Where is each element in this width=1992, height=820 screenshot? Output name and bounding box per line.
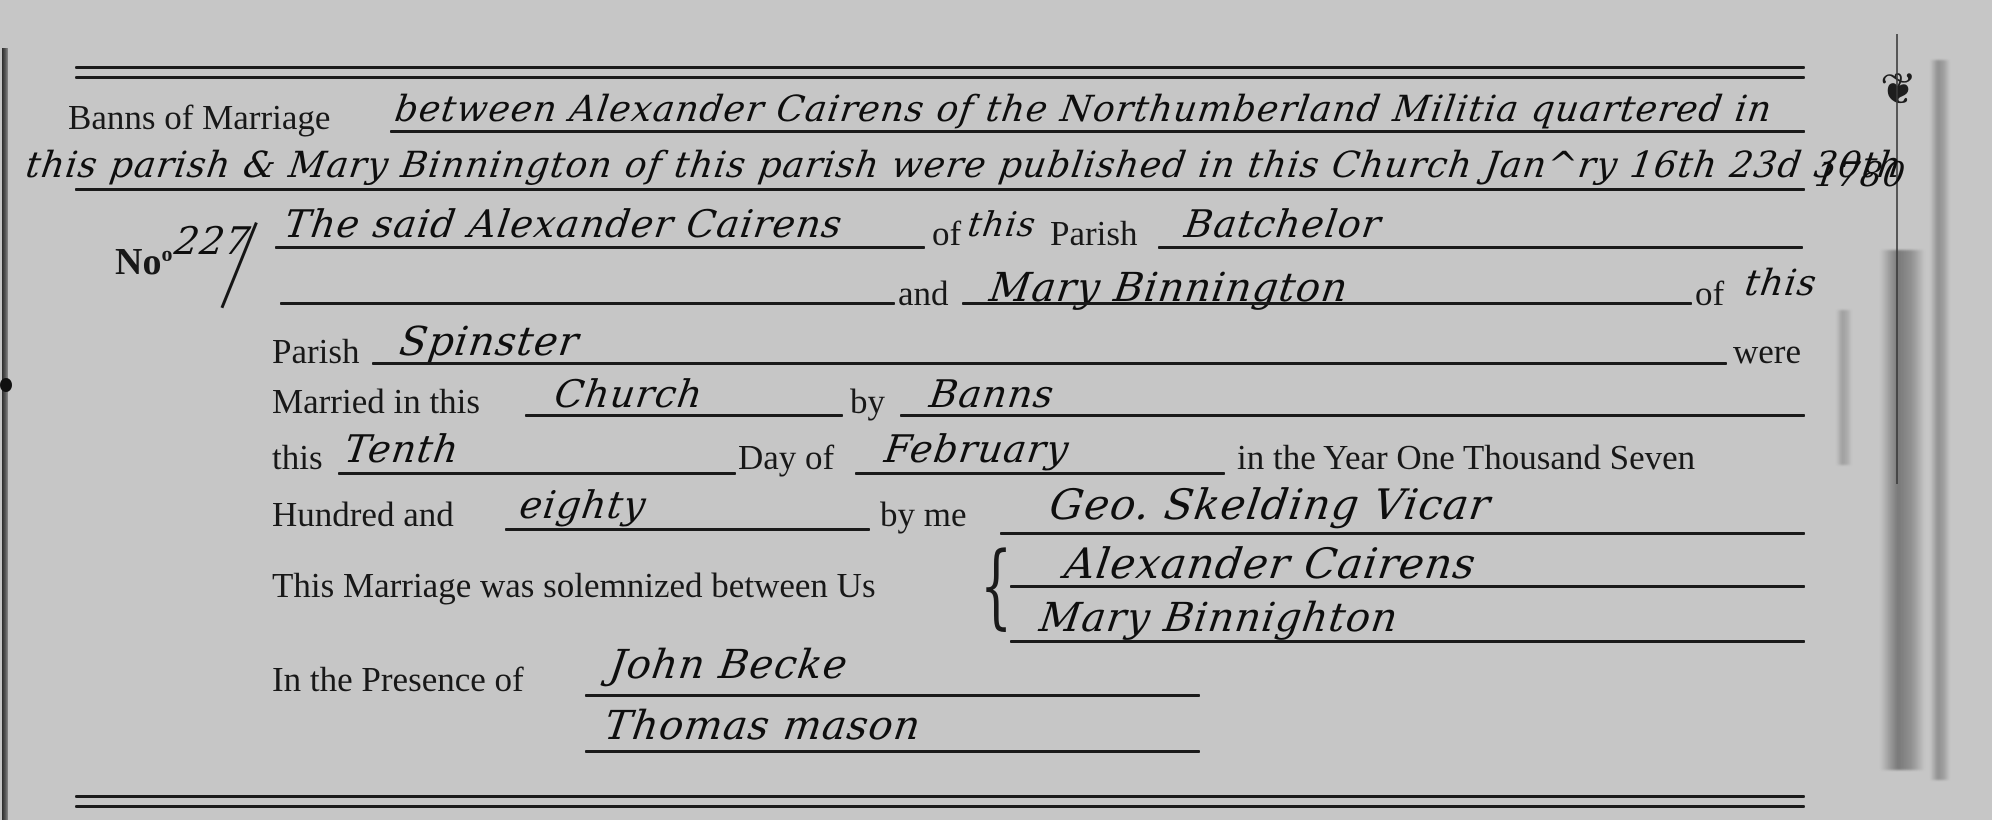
presence-label: In the Presence of xyxy=(272,662,524,697)
signature-groom: Alexander Cairens xyxy=(1062,543,1479,585)
month-value: February xyxy=(882,430,1071,468)
signature-groom-rule xyxy=(1010,585,1805,588)
bride-of-value: this xyxy=(1742,266,1819,302)
groom-name: The said Alexander Cairens xyxy=(282,205,845,243)
groom-condition: Batchelor xyxy=(1182,205,1384,243)
groom-of-label: of xyxy=(932,216,961,251)
witness-1: John Becke xyxy=(607,645,850,685)
witness-2: Thomas mason xyxy=(602,706,923,746)
banns-line-2-rule xyxy=(75,188,1805,191)
hundred-label: Hundred and xyxy=(272,497,454,532)
bride-of-label: of xyxy=(1695,276,1724,311)
bride-blank-rule xyxy=(280,302,895,305)
banns-year: 1780 xyxy=(1813,158,1908,192)
year-label: in the Year One Thousand Seven xyxy=(1237,440,1695,475)
signature-bride: Mary Binnighton xyxy=(1037,598,1401,638)
officiant-rule xyxy=(1000,532,1805,535)
groom-condition-rule xyxy=(1158,246,1803,249)
witness-2-rule xyxy=(585,750,1200,753)
witness-1-rule xyxy=(585,694,1200,697)
married-place: Church xyxy=(552,375,705,413)
right-margin-fleuron-icon: ❦ xyxy=(1880,64,1917,115)
bride-condition: Spinster xyxy=(397,322,582,362)
month-rule xyxy=(855,472,1225,475)
married-by-value: Banns xyxy=(927,375,1056,413)
bride-parish-label: Parish xyxy=(272,334,360,369)
this-label: this xyxy=(272,440,323,475)
day-of-label: Day of xyxy=(738,440,834,475)
bride-name-rule xyxy=(962,302,1692,305)
married-label: Married in this xyxy=(272,384,480,419)
right-margin-smudge xyxy=(1880,250,1925,770)
binding-mark xyxy=(0,378,12,392)
groom-of-value: this xyxy=(966,208,1039,242)
groom-rule xyxy=(275,246,925,249)
entry-number-label: Noo xyxy=(115,243,172,281)
banns-label: Banns of Marriage xyxy=(68,100,330,135)
year-suffix-value: eighty xyxy=(517,486,649,524)
by-me-label: by me xyxy=(880,497,967,532)
bride-and-label: and xyxy=(898,276,949,311)
right-margin-smudge-3 xyxy=(1836,310,1852,465)
banns-line-1: between Alexander Cairens of the Northum… xyxy=(392,92,1774,128)
banns-line-2: this parish & Mary Binnington of this pa… xyxy=(23,148,1904,184)
day-rule xyxy=(338,472,736,475)
left-binding-edge xyxy=(2,48,8,820)
signature-bride-rule xyxy=(1010,640,1805,643)
bride-condition-rule xyxy=(372,362,1727,365)
right-margin-line xyxy=(1896,34,1898,484)
groom-parish-label: Parish xyxy=(1050,216,1138,251)
were-label: were xyxy=(1733,334,1801,369)
solemnized-label: This Marriage was solemnized between Us xyxy=(272,568,876,603)
married-place-rule xyxy=(525,414,843,417)
married-by-rule xyxy=(900,414,1805,417)
banns-line-1-rule xyxy=(390,130,1805,133)
right-margin-smudge-2 xyxy=(1930,60,1950,780)
officiant-value: Geo. Skelding Vicar xyxy=(1047,484,1493,526)
year-suffix-rule xyxy=(505,528,870,531)
married-by-label: by xyxy=(850,384,885,419)
brace-icon: { xyxy=(980,540,1012,632)
day-value: Tenth xyxy=(342,430,461,468)
